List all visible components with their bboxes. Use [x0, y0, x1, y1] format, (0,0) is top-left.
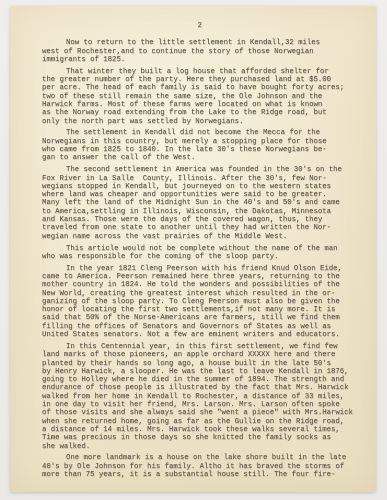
paragraph: In this Centennial year, in this first s…	[42, 343, 358, 451]
text-line: In the year 1821 Cleng Peerson with his …	[42, 265, 358, 273]
text-line: One more landmark is a house on the lake…	[42, 454, 358, 462]
text-line: land marks of those pioneers, an apple o…	[42, 351, 358, 359]
text-line: walked from her home in Kendall to Roche…	[42, 393, 358, 401]
text-line: more than 75 years, it is a substantial …	[42, 471, 358, 479]
text-line: mother country in 1824. He told the wond…	[42, 281, 358, 289]
text-line: Time was precious in those days so she k…	[42, 434, 358, 442]
text-line: of those visits and she always said she …	[42, 409, 358, 417]
page-number: 2	[42, 22, 358, 30]
text-line: she walked.	[42, 443, 358, 451]
text-line: to America,settling in Illinois, Wiscons…	[42, 208, 358, 216]
text-line: west of Rochester,and to continue the st…	[42, 48, 358, 56]
scan-background: 2 Now to return to the little settlement…	[0, 0, 387, 500]
document-page: 2 Now to return to the little settlement…	[10, 6, 376, 492]
text-line: wegians stopped in Kendall, but journeye…	[42, 183, 358, 191]
text-line: a distance of 14 miles. Mrs. Harwick too…	[42, 426, 358, 434]
paragraph: That winter they built a log house that …	[42, 68, 358, 126]
text-line: wegian name across the vast prairies of …	[42, 233, 358, 241]
text-line: That winter they built a log house that …	[42, 68, 358, 76]
text-line: Many left the land of the Midnight Sun i…	[42, 199, 358, 207]
text-line: endurance of those people is illustrated…	[42, 384, 358, 392]
text-line: ganizing of the sloop party. To Cleng Pe…	[42, 298, 358, 306]
text-line: when she returned home, going as far as …	[42, 418, 358, 426]
text-line: New World, creating the greatest interes…	[42, 290, 358, 298]
text-line: gan to answer the call of the West.	[42, 154, 358, 162]
document-body: Now to return to the little settlement i…	[42, 39, 358, 479]
text-line: 40's by Ole Johnson for his family. Alth…	[42, 463, 358, 471]
text-line: immigrants of 1825.	[42, 56, 358, 64]
text-line: as the Norway road extending from the La…	[42, 109, 358, 117]
text-line: Fox River in La Salle County, Illinois. …	[42, 175, 358, 183]
text-line: United States senators. Not a few are em…	[42, 331, 358, 339]
paragraph: The second settlement in America was fou…	[42, 166, 358, 241]
text-line: only the north part was settled by Norwe…	[42, 118, 358, 126]
text-line: This article would not be complete witho…	[42, 245, 358, 253]
text-line: The second settlement in America was fou…	[42, 166, 358, 174]
text-line: traveled from one state to another until…	[42, 224, 358, 232]
text-line: The settlement in Kendall did not become…	[42, 129, 358, 137]
text-line: filling the offices of Senators and Gove…	[42, 323, 358, 331]
paragraph: One more landmark is a house on the lake…	[42, 454, 358, 479]
text-line: In this Centennial year, in this first s…	[42, 343, 358, 351]
paragraph: In the year 1821 Cleng Peerson with his …	[42, 265, 358, 340]
paragraph: This article would not be complete witho…	[42, 245, 358, 262]
text-line: Now to return to the little settlement i…	[42, 39, 358, 47]
text-line: two of these still remain the same size,…	[42, 93, 358, 101]
document-content: 2 Now to return to the little settlement…	[42, 22, 358, 483]
text-line: who was responsible for the coming of th…	[42, 253, 358, 261]
text-line: Norwegians in this country, but merely a…	[42, 138, 358, 146]
paragraph: The settlement in Kendall did not become…	[42, 129, 358, 162]
text-line: planted by their hands so long ago, a ho…	[42, 360, 358, 368]
text-line: said that 50% of the Norse-Americans are…	[42, 314, 358, 322]
text-line: per acre. The head of each family is sai…	[42, 84, 358, 92]
text-line: by Henry Harwick, a slooper. He was the …	[42, 368, 358, 376]
paragraph: Now to return to the little settlement i…	[42, 39, 358, 64]
